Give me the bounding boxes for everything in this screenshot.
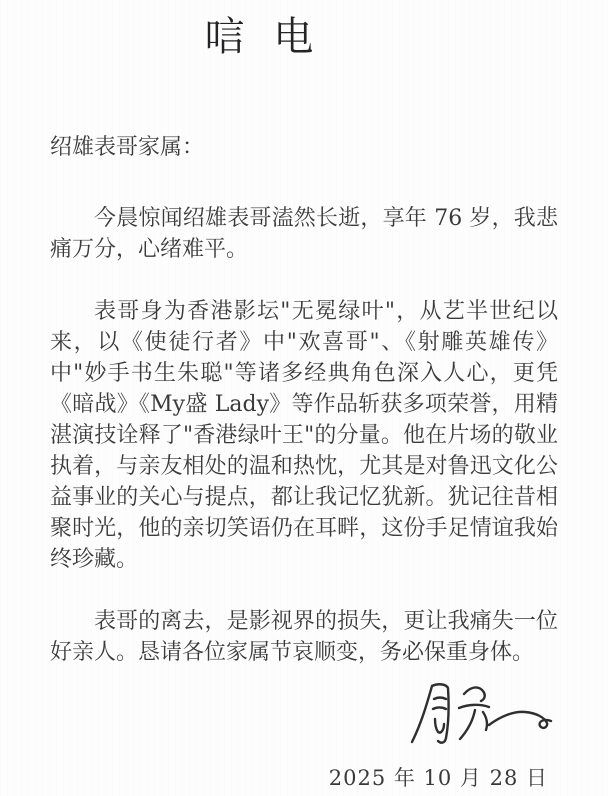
document-date: 2025 年 10 月 28 日 — [329, 762, 548, 792]
paragraph-1: 今晨惊闻绍雄表哥溘然长逝，享年 76 岁，我悲痛万分，心绪难平。 — [50, 203, 558, 265]
salutation-line: 绍雄表哥家属： — [50, 132, 608, 163]
document-title: 唁 电 — [0, 14, 520, 60]
condolence-letter-page: 唁 电 绍雄表哥家属： 今晨惊闻绍雄表哥溘然长逝，享年 76 岁，我悲痛万分，心… — [0, 0, 608, 796]
handwritten-signature — [402, 676, 558, 754]
paragraph-3: 表哥的离去，是影视界的损失，更让我痛失一位好亲人。恳请各位家属节哀顺变，务必保重… — [50, 606, 558, 668]
paragraph-2: 表哥身为香港影坛"无冕绿叶"，从艺半世纪以来，以《使徒行者》中"欢喜哥"、《射雕… — [50, 296, 558, 575]
letter-body: 今晨惊闻绍雄表哥溘然长逝，享年 76 岁，我悲痛万分，心绪难平。 表哥身为香港影… — [50, 203, 558, 668]
